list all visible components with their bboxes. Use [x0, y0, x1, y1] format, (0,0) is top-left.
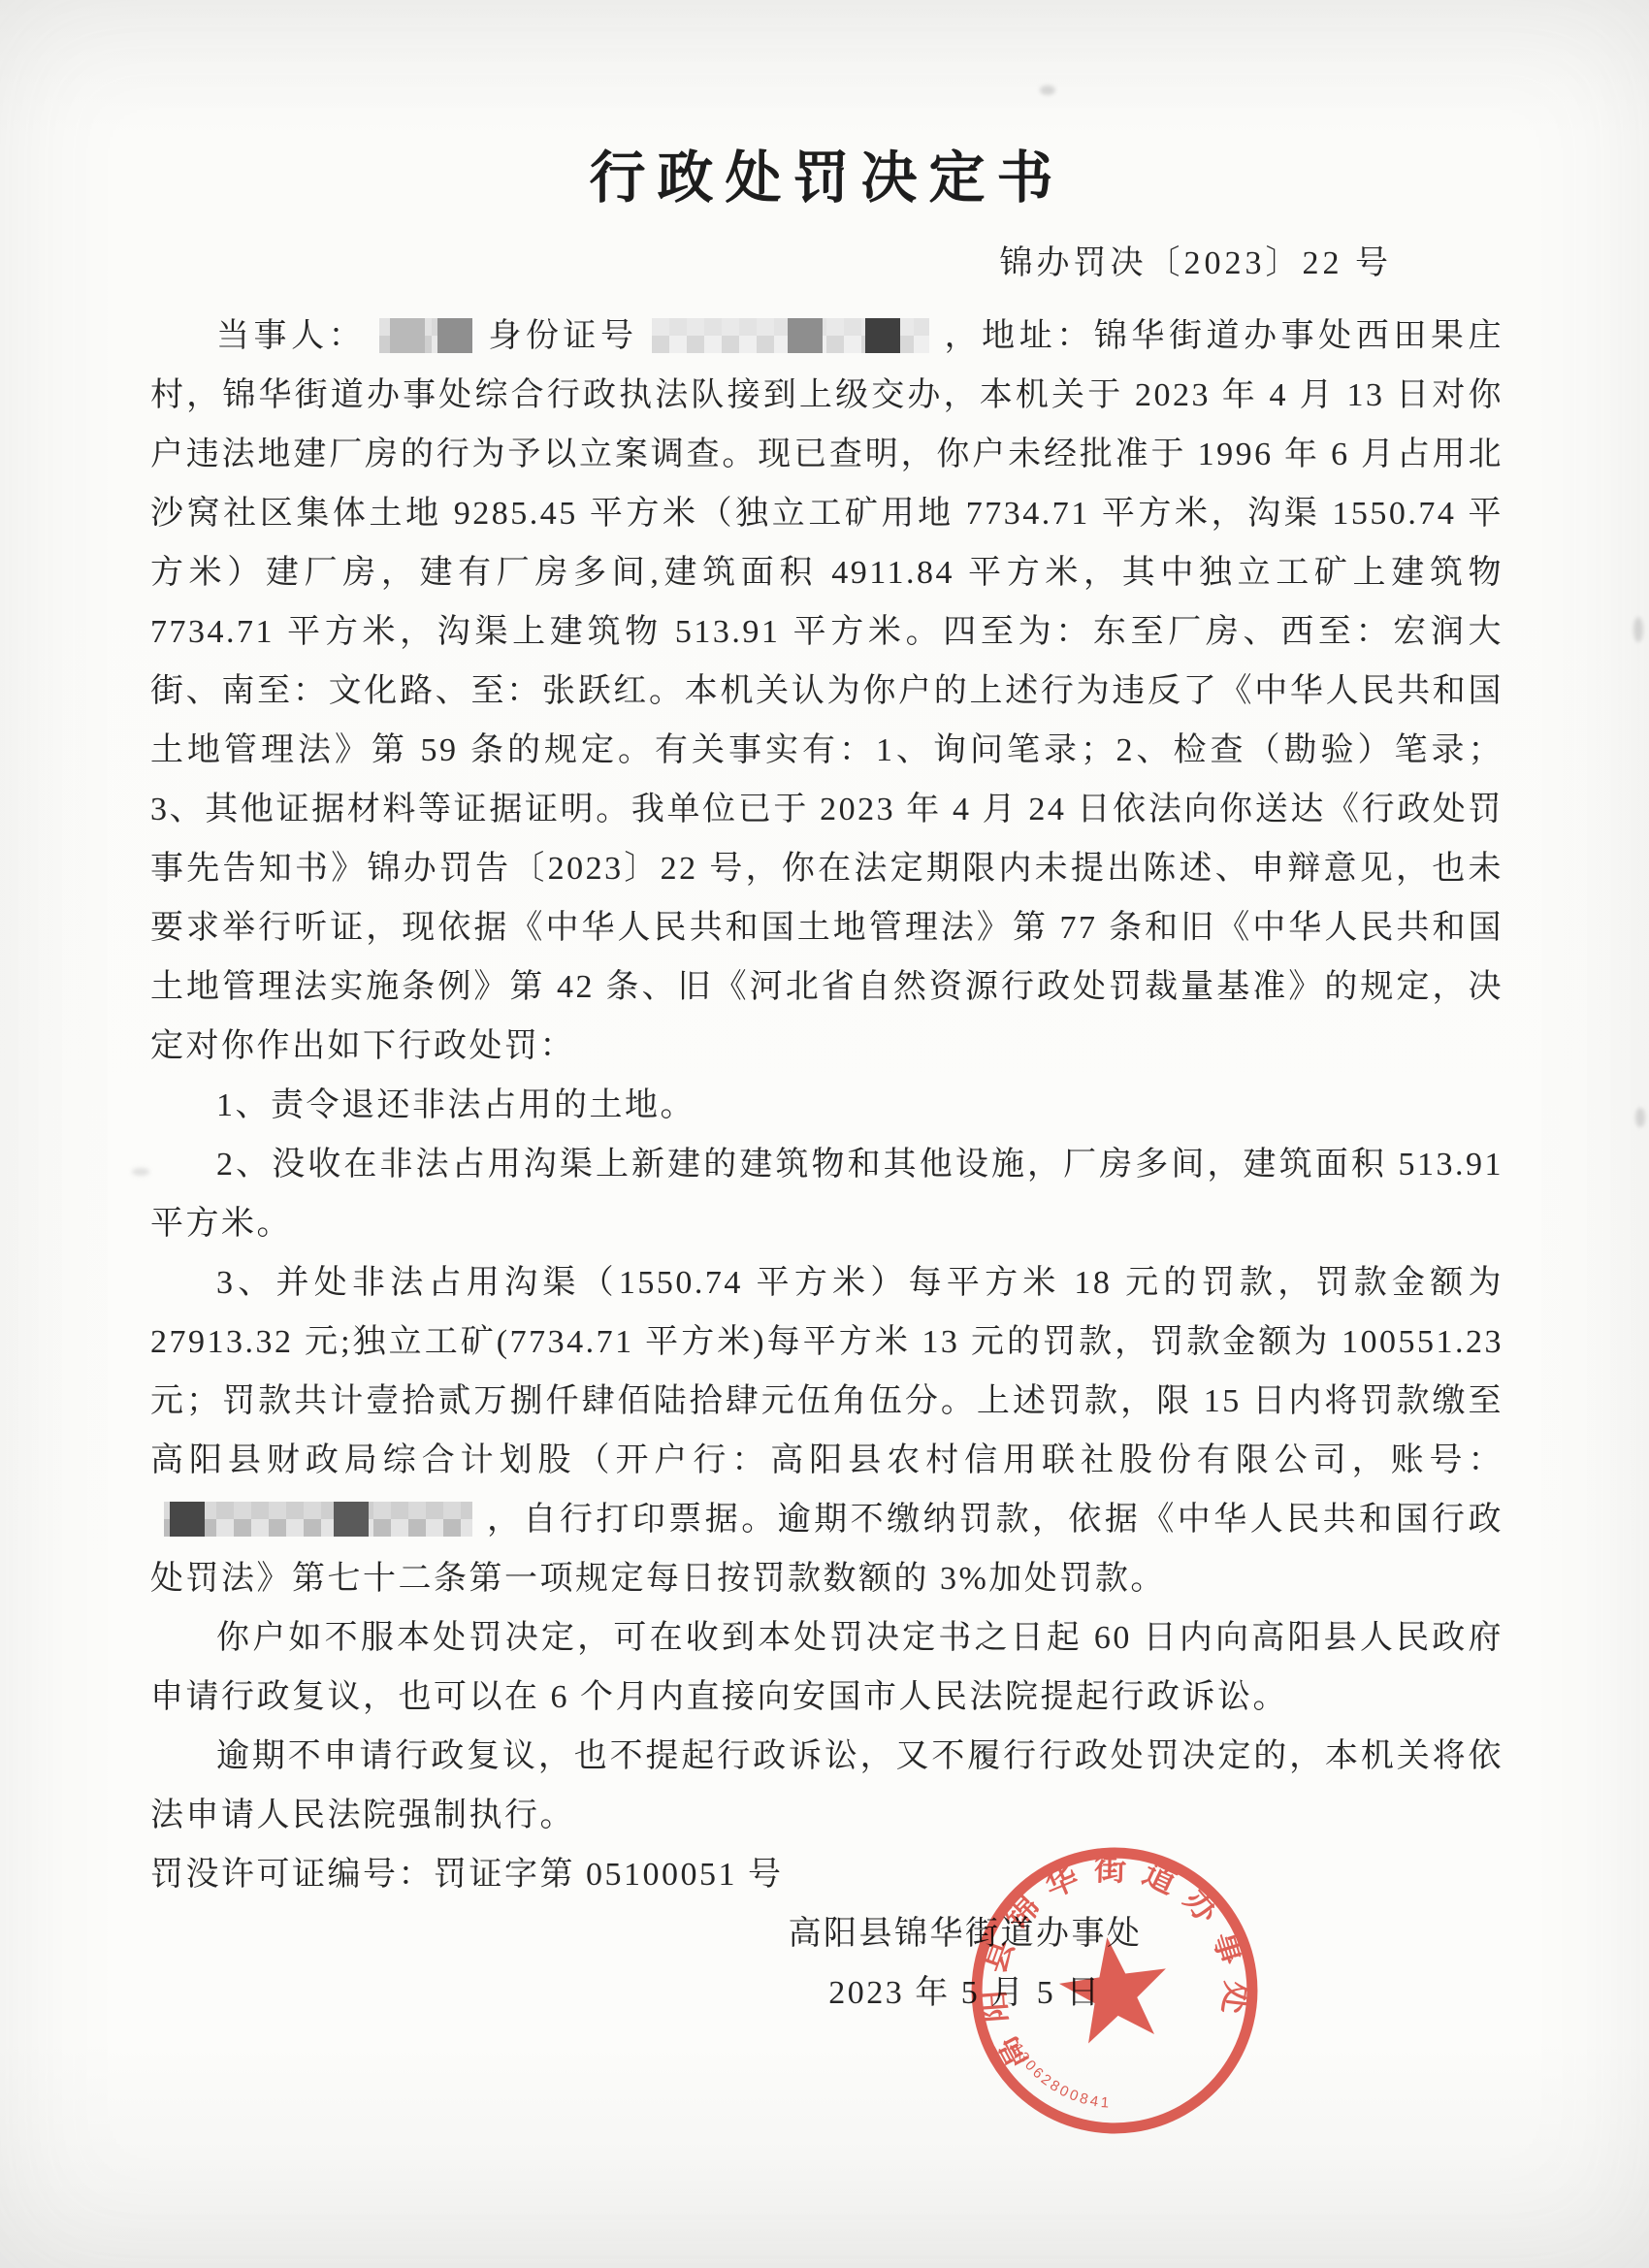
- party-label: 当事人：: [216, 318, 366, 354]
- scan-artifact: [1635, 1108, 1645, 1127]
- appeal-rights-paragraph: 你户如不服本处罚决定，可在收到本处罚决定书之日起 60 日内向高阳县人民政府申请…: [150, 1608, 1503, 1727]
- issuer-name: 高阳县锦华街道办事处: [786, 1904, 1145, 1963]
- document-content: 行政处罚决定书 锦办罚决〔2023〕22 号 当事人：身份证号，地址：锦华街道办…: [0, 0, 1649, 2023]
- page-title: 行政处罚决定书: [150, 144, 1503, 213]
- penalty-item-3-text: 3、并处非法占用沟渠（1550.74 平方米）每平方米 18 元的罚款，罚款金额…: [150, 1265, 1503, 1478]
- document-number: 锦办罚决〔2023〕22 号: [150, 243, 1503, 285]
- enforcement-paragraph: 逾期不申请行政复议，也不提起行政诉讼，又不履行行政处罚决定的，本机关将依法申请人…: [150, 1727, 1503, 1845]
- scanned-document-page: 行政处罚决定书 锦办罚决〔2023〕22 号 当事人：身份证号，地址：锦华街道办…: [0, 0, 1649, 2268]
- scan-artifact: [1633, 617, 1643, 642]
- penalty-item-2: 2、没收在非法占用沟渠上新建的建筑物和其他设施，厂房多间，建筑面积 513.91…: [150, 1135, 1503, 1253]
- id-label: 身份证号: [486, 318, 637, 354]
- penalty-item-3: 3、并处非法占用沟渠（1550.74 平方米）每平方米 18 元的罚款，罚款金额…: [150, 1253, 1503, 1608]
- stamp-serial-number: 13062800841: [1008, 2029, 1115, 2124]
- redacted-id-number: [652, 318, 929, 353]
- penalty-item-1: 1、责令退还非法占用的土地。: [150, 1076, 1503, 1135]
- signature-block: 高阳县锦华街道办事处 2023 年 5 月 5 日: [786, 1904, 1145, 2023]
- scan-artifact: [1040, 85, 1055, 95]
- scan-artifact: [132, 1168, 149, 1176]
- party-paragraph: 当事人：身份证号，地址：锦华街道办事处西田果庄村，锦华街道办事处综合行政执法队接…: [150, 307, 1503, 1076]
- case-facts-text: ，地址：锦华街道办事处西田果庄村，锦华街道办事处综合行政执法队接到上级交办，本机…: [150, 318, 1503, 1064]
- decision-date: 2023 年 5 月 5 日: [786, 1963, 1145, 2023]
- redacted-party-name: [379, 318, 472, 353]
- svg-text:13062800841: 13062800841: [1008, 2029, 1115, 2124]
- document-body: 当事人：身份证号，地址：锦华街道办事处西田果庄村，锦华街道办事处综合行政执法队接…: [150, 307, 1503, 1904]
- license-number-line: 罚没许可证编号：罚证字第 05100051 号: [150, 1845, 1503, 1904]
- redacted-account-number: [164, 1502, 472, 1537]
